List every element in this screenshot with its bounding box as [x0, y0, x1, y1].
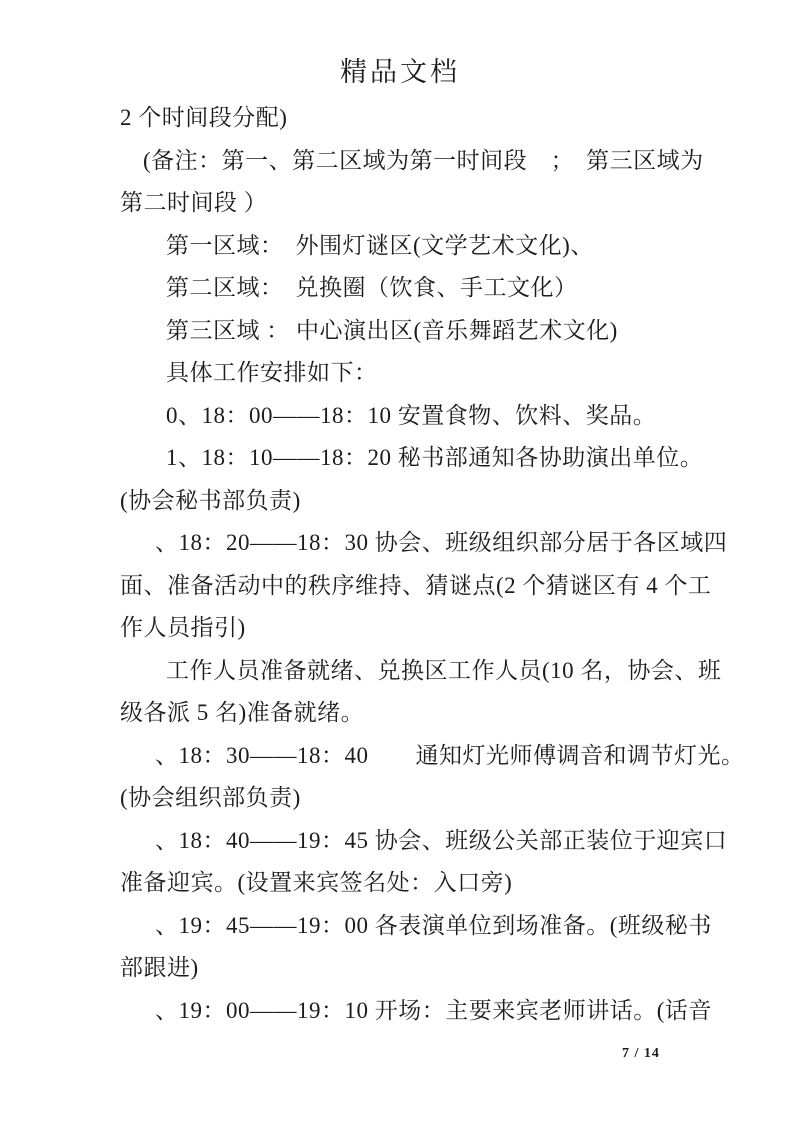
- text-line: (协会秘书部负责): [120, 480, 686, 523]
- text-line: 第二时间段 ）: [120, 182, 686, 225]
- text-line: (备注：第一、第二区域为第一时间段 ； 第三区域为: [120, 140, 686, 183]
- document-body: 2 个时间段分配)(备注：第一、第二区域为第一时间段 ； 第三区域为第二时间段 …: [120, 97, 686, 1032]
- document-header: 精品文档: [0, 50, 800, 89]
- text-line: 工作人员准备就绪、兑换区工作人员(10 名，协会、班: [120, 650, 686, 693]
- text-line: 、18：30——18：40 通知灯光师傅调音和调节灯光。: [120, 735, 686, 778]
- text-line: 0、18：00——18：10 安置食物、饮料、奖品。: [120, 395, 686, 438]
- document-lines: 2 个时间段分配)(备注：第一、第二区域为第一时间段 ； 第三区域为第二时间段 …: [120, 97, 686, 1032]
- text-line: 面、准备活动中的秩序维持、猜谜点(2 个猜谜区有 4 个工: [120, 565, 686, 608]
- text-line: 第三区域 ： 中心演出区(音乐舞蹈艺术文化): [120, 310, 686, 353]
- text-line: 1、18：10——18：20 秘书部通知各协助演出单位。: [120, 437, 686, 480]
- text-line: 作人员指引): [120, 607, 686, 650]
- text-line: 部跟进): [120, 947, 686, 990]
- text-line: 第二区域： 兑换圈（饮食、手工文化）: [120, 267, 686, 310]
- document-page: { "page": { "header": "精品文档", "footer": …: [0, 0, 800, 1132]
- text-line: 准备迎宾。(设置来宾签名处：入口旁): [120, 862, 686, 905]
- text-line: (协会组织部负责): [120, 777, 686, 820]
- text-line: 、19：00——19：10 开场：主要来宾老师讲话。(话音: [120, 990, 686, 1033]
- text-line: 第一区域： 外围灯谜区(文学艺术文化)、: [120, 225, 686, 268]
- page-number: 7 / 14: [622, 1046, 660, 1062]
- text-line: 、18：20——18：30 协会、班级组织部分居于各区域四: [120, 522, 686, 565]
- text-line: 2 个时间段分配): [120, 97, 686, 140]
- text-line: 级各派 5 名)准备就绪。: [120, 692, 686, 735]
- text-line: 、18：40——19：45 协会、班级公关部正装位于迎宾口: [120, 820, 686, 863]
- text-line: 、19：45——19：00 各表演单位到场准备。(班级秘书: [120, 905, 686, 948]
- text-line: 具体工作安排如下：: [120, 352, 686, 395]
